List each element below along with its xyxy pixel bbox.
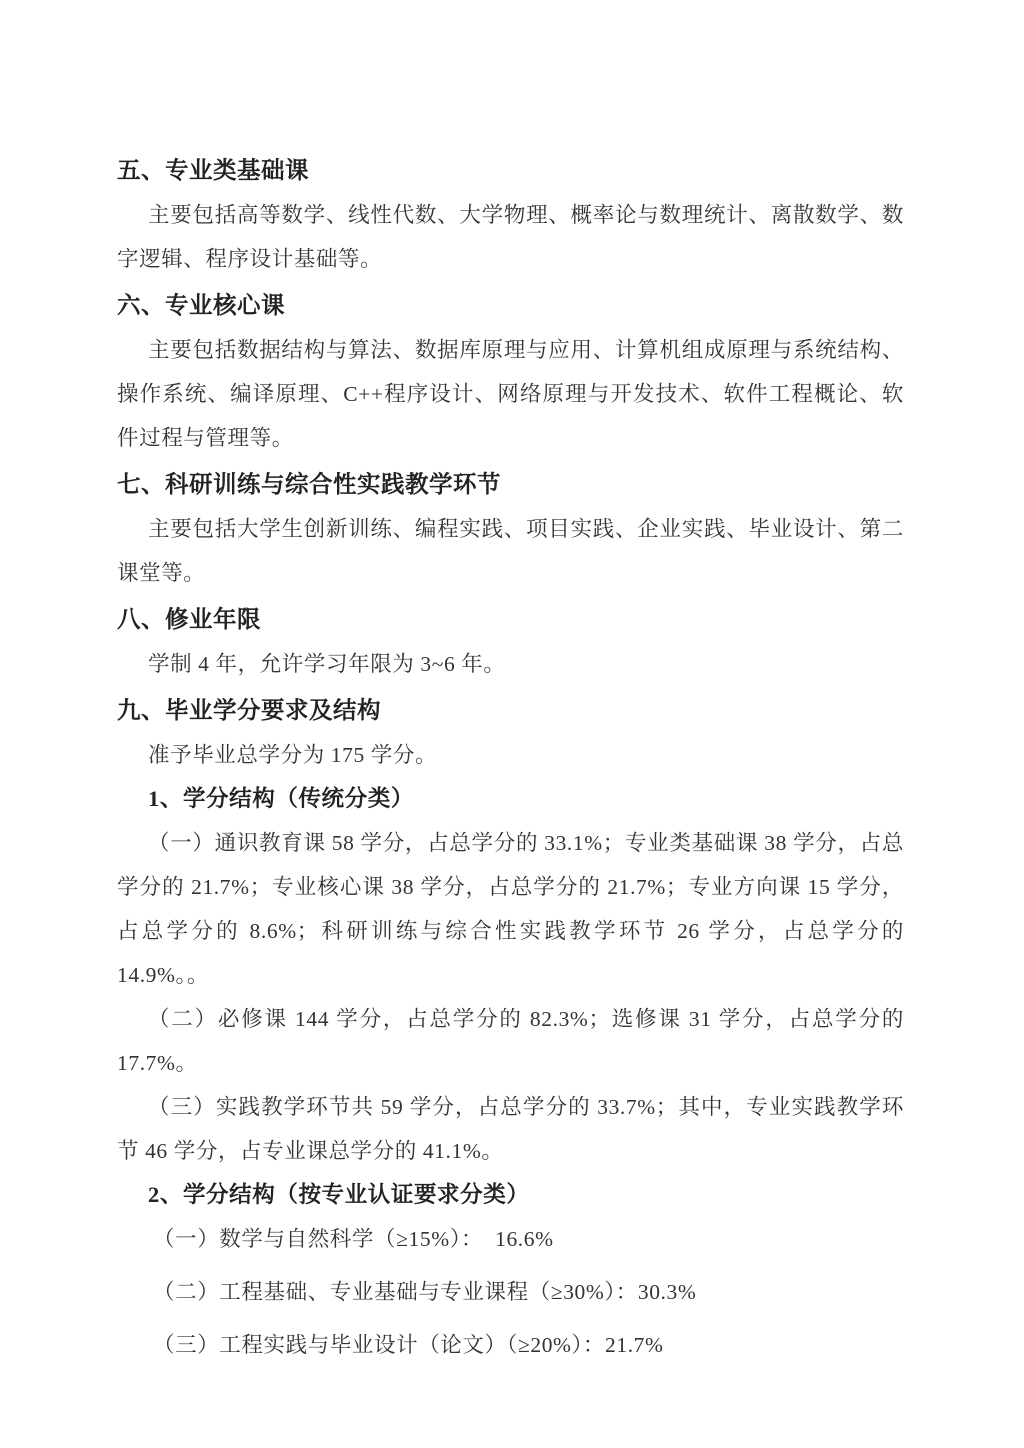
paragraph-total-credits: 准予毕业总学分为 175 学分。 (117, 733, 904, 777)
paragraph-core-courses: 主要包括数据结构与算法、数据库原理与应用、计算机组成原理与系统结构、操作系统、编… (117, 328, 904, 460)
section-heading-7: 七、科研训练与综合性实践教学环节 (117, 462, 904, 506)
paragraph-credit-breakdown-1: （一）通识教育课 58 学分，占总学分的 33.1%；专业类基础课 38 学分，… (117, 821, 904, 997)
credit-item-math-science: （一）数学与自然科学（≥15%）： 16.6% (117, 1217, 904, 1261)
subheading-credit-structure-1: 1、学分结构（传统分类） (117, 777, 904, 821)
paragraph-study-duration: 学制 4 年，允许学习年限为 3~6 年。 (117, 642, 904, 686)
credit-item-practice-design: （三）工程实践与毕业设计（论文）（≥20%）：21.7% (117, 1323, 904, 1367)
document-body: 五、专业类基础课 主要包括高等数学、线性代数、大学物理、概率论与数理统计、离散数… (117, 148, 904, 1367)
document-page: 五、专业类基础课 主要包括高等数学、线性代数、大学物理、概率论与数理统计、离散数… (0, 0, 1024, 1448)
credit-item-engineering-base: （二）工程基础、专业基础与专业课程（≥30%）：30.3% (117, 1270, 904, 1314)
section-heading-6: 六、专业核心课 (117, 283, 904, 327)
section-heading-8: 八、修业年限 (117, 597, 904, 641)
paragraph-basic-courses: 主要包括高等数学、线性代数、大学物理、概率论与数理统计、离散数学、数字逻辑、程序… (117, 193, 904, 281)
section-heading-5: 五、专业类基础课 (117, 148, 904, 192)
section-heading-9: 九、毕业学分要求及结构 (117, 688, 904, 732)
paragraph-credit-breakdown-2: （二）必修课 144 学分，占总学分的 82.3%；选修课 31 学分，占总学分… (117, 997, 904, 1085)
paragraph-credit-breakdown-3: （三）实践教学环节共 59 学分，占总学分的 33.7%；其中，专业实践教学环节… (117, 1085, 904, 1173)
subheading-credit-structure-2: 2、学分结构（按专业认证要求分类） (117, 1173, 904, 1217)
paragraph-practice-teaching: 主要包括大学生创新训练、编程实践、项目实践、企业实践、毕业设计、第二课堂等。 (117, 507, 904, 595)
